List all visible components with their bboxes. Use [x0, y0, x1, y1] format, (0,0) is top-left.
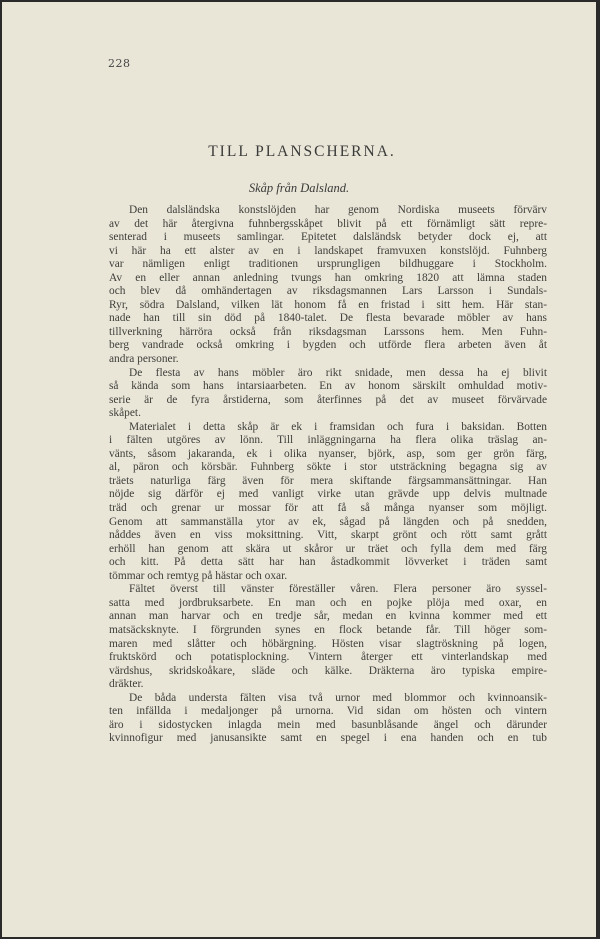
text-line: Fältet överst till vänster föreställer v… [109, 583, 547, 597]
paragraph: De båda understa fälten visa två urnor m… [109, 692, 547, 746]
text-line: ten infällda i medaljonger på urnorna. V… [109, 705, 547, 719]
text-line: berg vandrade också omkring i bygden och… [109, 339, 547, 353]
text-line: nöjde sig därför ej med vanligt virke ut… [109, 488, 547, 502]
text-line: matsäcksknyte. I förgrunden synes en flo… [109, 624, 547, 638]
text-line: vi här ha ett alster av en i landskapet … [109, 245, 547, 259]
text-line: och kitt. På detta sätt har han åstadkom… [109, 556, 547, 570]
text-line: tillverkning härröra också från riksdags… [109, 326, 547, 340]
text-line: maren med slåtter och höbärgning. Hösten… [109, 638, 547, 652]
section-subtitle: Skåp från Dalsland. [2, 181, 596, 196]
text-line: annan man harvar och en tredje sår, meda… [109, 610, 547, 624]
text-line: äro i sidostycken inlagda mein med basun… [109, 719, 547, 733]
section-title: TILL PLANSCHERNA. [2, 143, 600, 161]
text-line: var nämligen enligt traditionen ursprung… [109, 258, 547, 272]
text-line: erhöll han genom att skära ut skåror ur … [109, 543, 547, 557]
text-line: tömmar och remtyg på hästar och oxar. [109, 570, 547, 584]
text-line: Materialet i detta skåp är ek i framsida… [109, 421, 547, 435]
text-line: och blev då omhändertagen av riksdagsman… [109, 285, 547, 299]
text-line: satta med jordbruksarbete. En man och en… [109, 597, 547, 611]
text-line: träd och grenar ur mossar för att få så … [109, 502, 547, 516]
text-line: nåddes även en viss moksittning. Vitt, s… [109, 529, 547, 543]
text-line: al, päron och körsbär. Fuhnberg sökte i … [109, 461, 547, 475]
paragraph: Den dalsländska konstslöjden har genom N… [109, 204, 547, 367]
text-line: så kända som hans intarsiaarbeten. En av… [109, 380, 547, 394]
text-line: Genom att sammanställa ytor av ek, sågad… [109, 516, 547, 530]
paragraph: De flesta av hans möbler äro rikt snidad… [109, 367, 547, 421]
text-line: senterad i museets samlingar. Epitetet d… [109, 231, 547, 245]
text-line: serie är de fyra årstiderna, som återfin… [109, 394, 547, 408]
text-line: andra personer. [109, 353, 547, 367]
text-line: nade han till sin död på 1840-talet. De … [109, 312, 547, 326]
text-line: dräkter. [109, 678, 547, 692]
text-line: vänts, såsom jakaranda, ek i olika nyans… [109, 448, 547, 462]
text-line: av det här återgivna fuhnbergsskåpet bli… [109, 218, 547, 232]
paragraph: Fältet överst till vänster föreställer v… [109, 583, 547, 691]
text-line: De båda understa fälten visa två urnor m… [109, 692, 547, 706]
text-line: De flesta av hans möbler äro rikt snidad… [109, 367, 547, 381]
page-number: 228 [108, 57, 131, 70]
text-line: Ryr, södra Dalsland, vilken lät honom få… [109, 299, 547, 313]
body-text: Den dalsländska konstslöjden har genom N… [109, 204, 547, 746]
text-line: Av en eller annan anledning tvungs han o… [109, 272, 547, 286]
book-page: 228 TILL PLANSCHERNA. Skåp från Dalsland… [2, 2, 596, 937]
text-line: kvinnofigur med janusansikte samt en spe… [109, 732, 547, 746]
text-line: värdshus, skridskoåkare, släde och kälke… [109, 665, 547, 679]
text-line: skåpet. [109, 407, 547, 421]
text-line: träets naturliga färg även för mera skif… [109, 475, 547, 489]
text-line: fruktskörd och potatisplockning. Vintern… [109, 651, 547, 665]
text-line: Den dalsländska konstslöjden har genom N… [109, 204, 547, 218]
text-line: i fälten utgöres av lönn. Till inläggnin… [109, 434, 547, 448]
paragraph: Materialet i detta skåp är ek i framsida… [109, 421, 547, 584]
